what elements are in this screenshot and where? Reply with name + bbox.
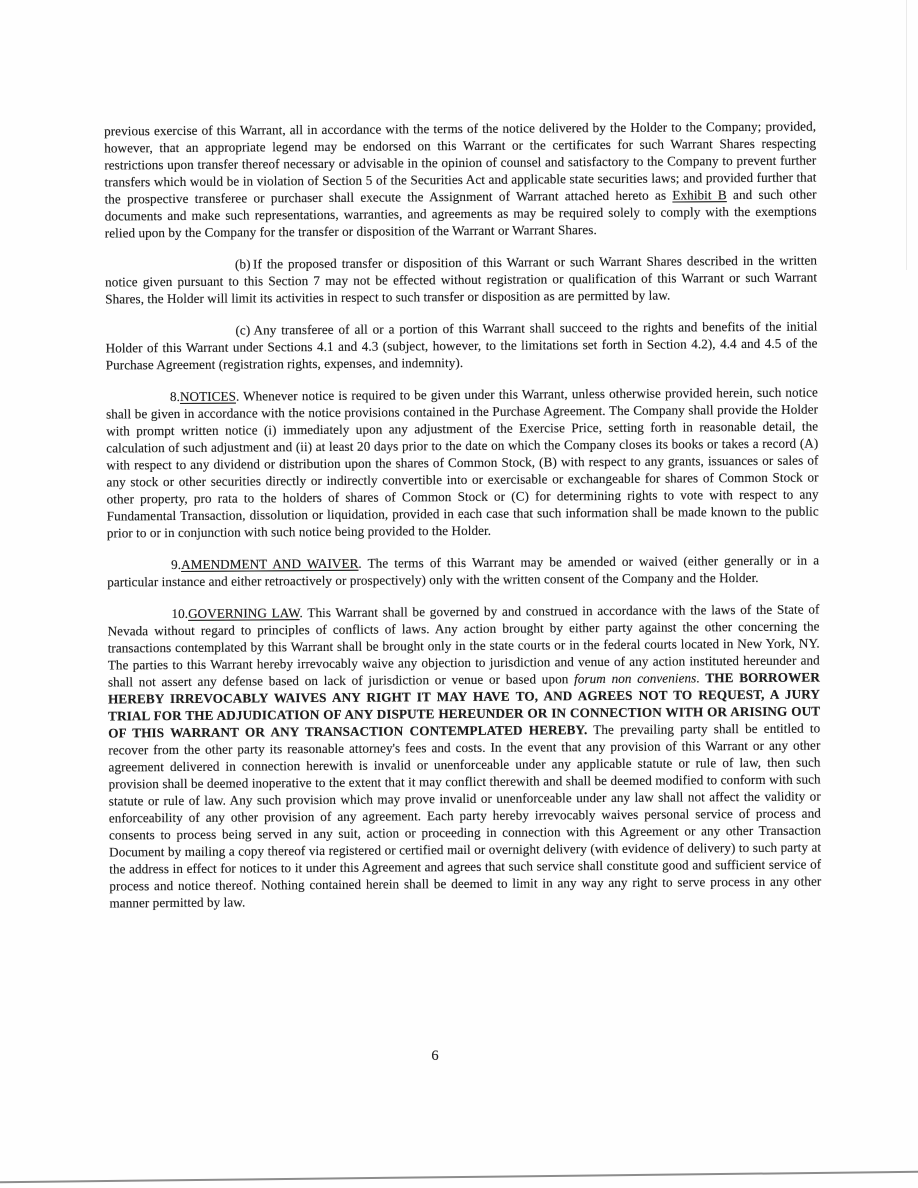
page-number: 6: [420, 1048, 450, 1065]
text-run-label: (b): [170, 255, 253, 273]
paragraph-7c: (c)Any transferee of all or a portion of…: [105, 318, 817, 374]
text-run-underline: Exhibit B: [672, 187, 726, 202]
text-run-underline: GOVERNING LAW: [188, 605, 300, 621]
paragraph-continuation: previous exercise of this Warrant, all i…: [104, 118, 817, 242]
section-10-governing-law: 10.GOVERNING LAW. This Warrant shall be …: [107, 601, 821, 912]
paragraph-7b: (b)If the proposed transfer or dispositi…: [105, 252, 817, 308]
scan-artifact-bottom-edge-line: [0, 1171, 918, 1184]
text-run-label: (c): [170, 321, 253, 339]
section-8-notices: 8.NOTICES. Whenever notice is required t…: [106, 384, 819, 542]
text-run-normal: The prevailing party shall be entitled t…: [108, 721, 821, 911]
text-run-underline: AMENDMENT AND WAIVER: [181, 556, 358, 572]
text-run-number: 8.: [138, 388, 180, 405]
text-run-normal: . Whenever notice is required to be give…: [106, 385, 819, 541]
text-run-number: 9.: [139, 556, 181, 573]
document-text: previous exercise of this Warrant, all i…: [104, 118, 822, 927]
text-run-underline: NOTICES: [180, 389, 236, 404]
scan-artifact-right-edge-line: [906, 0, 907, 270]
text-run-italic: forum non conveniens: [574, 670, 696, 686]
text-run-number: 10.: [139, 605, 188, 622]
scanned-document-page: previous exercise of this Warrant, all i…: [0, 0, 918, 1188]
section-9-amendment-and-waiver: 9.AMENDMENT AND WAIVER. The terms of thi…: [107, 552, 819, 591]
